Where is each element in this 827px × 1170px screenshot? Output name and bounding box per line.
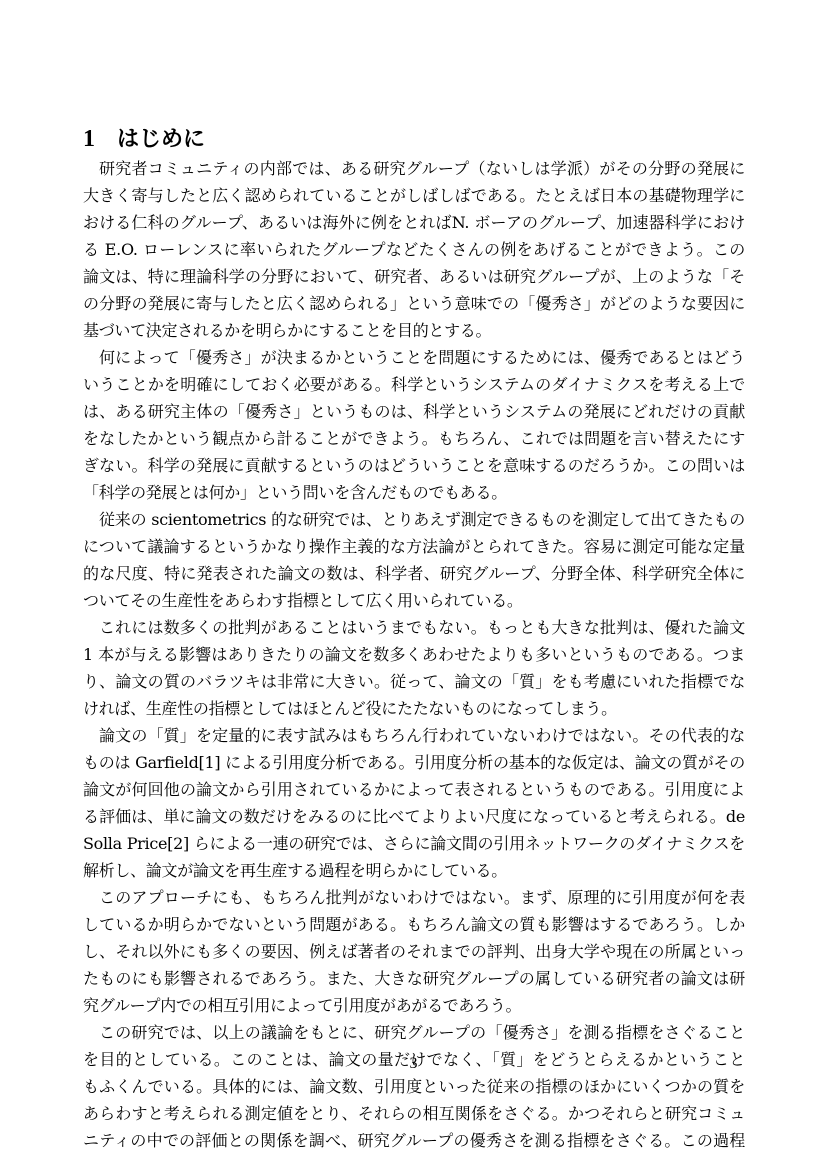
text-line: る E.O. ローレンスに率いられたグループなどたくさんの例をあげることができよ… [83, 236, 745, 263]
text-line: 解析し、論文が論文を再生産する過程を明らかにしている。 [83, 857, 745, 884]
text-line: もふくんでいる。具体的には、論文数、引用度といった従来の指標のほかにいくつかの質… [83, 1073, 745, 1100]
section-number: 1 [83, 126, 95, 153]
text-line: Solla Price[2] らによる一連の研究では、さらに論文間の引用ネットワ… [83, 830, 745, 857]
text-line: このアプローチにも、もちろん批判がないわけではない。まず、原理的に引用度が何を表 [83, 884, 745, 911]
text-line: 研究者コミュニティの内部では、ある研究グループ（ないしは学派）がその分野の発展に [83, 155, 745, 182]
text-line: いうことかを明確にしておく必要がある。科学というシステムのダイナミクスを考える上… [83, 371, 745, 398]
text-line: 究グループ内での相互引用によって引用度があがるであろう。 [83, 992, 745, 1019]
text-line: し、それ以外にも多くの要因、例えば著者のそれまでの評判、出身大学や現在の所属とい… [83, 938, 745, 965]
text-line: ぎない。科学の発展に貢献するというのはどういうことを意味するのだろうか。この問い… [83, 452, 745, 479]
text-line: 論文は、特に理論科学の分野において、研究者、あるいは研究グループが、上のような「… [83, 263, 745, 290]
text-line: たものにも影響されるであろう。また、大きな研究グループの属している研究者の論文は… [83, 965, 745, 992]
text-line: 基づいて決定されるかを明らかにすることを目的とする。 [83, 317, 745, 344]
text-line: ものは Garfield[1] による引用度分析である。引用度分析の基本的な仮定… [83, 749, 745, 776]
text-line: り、論文の質のバラツキは非常に大きい。従って、論文の「質」をも考慮にいれた指標で… [83, 668, 745, 695]
text-line: る評価は、単に論文の数だけをみるのに比べてよりよい尺度になっていると考えられる。… [83, 803, 745, 830]
text-line: 従来の scientometrics 的な研究では、とりあえず測定できるものを測… [83, 506, 745, 533]
text-line: ければ、生産性の指標としてはほとんど役にたたないものになってしまう。 [83, 695, 745, 722]
page-number: 3 [0, 1055, 827, 1073]
section-heading: 1 はじめに [83, 122, 205, 153]
text-line: しているか明らかでないという問題がある。もちろん論文の質も影響はするであろう。し… [83, 911, 745, 938]
text-line: おける仁科のグループ、あるいは海外に例をとればN. ボーアのグループ、加速器科学… [83, 209, 745, 236]
text-line: の分野の発展に寄与したと広く認められる」という意味での「優秀さ」がどのような要因… [83, 290, 745, 317]
text-line: 1 本が与える影響はありきたりの論文を数多くあわせたよりも多いというものである。… [83, 641, 745, 668]
text-line: 論文が何回他の論文から引用されているかによって表されるというものである。引用度に… [83, 776, 745, 803]
section-title: はじめに [117, 122, 205, 153]
text-line: この研究では、以上の議論をもとに、研究グループの「優秀さ」を測る指標をさぐること [83, 1019, 745, 1046]
text-line: 論文の「質」を定量的に表す試みはもちろん行われていないわけではない。その代表的な [83, 722, 745, 749]
text-line: これには数多くの批判があることはいうまでもない。もっとも大きな批判は、優れた論文 [83, 614, 745, 641]
body-text: 研究者コミュニティの内部では、ある研究グループ（ないしは学派）がその分野の発展に… [83, 155, 745, 1154]
text-line: ついてその生産性をあらわす指標として広く用いられている。 [83, 587, 745, 614]
text-line: について議論するというかなり操作主義的な方法論がとられてきた。容易に測定可能な定… [83, 533, 745, 560]
text-line: 大きく寄与したと広く認められていることがしばしばである。たとえば日本の基礎物理学… [83, 182, 745, 209]
text-line: 「科学の発展とは何か」という問いを含んだものでもある。 [83, 479, 745, 506]
text-line: ニティの中での評価との関係を調べ、研究グループの優秀さを測る指標をさぐる。この過… [83, 1127, 745, 1154]
text-line: 何によって「優秀さ」が決まるかということを問題にするためには、優秀であるとはどう [83, 344, 745, 371]
text-line: をなしたかという観点から計ることができよう。もちろん、これでは問題を言い替えたに… [83, 425, 745, 452]
text-line: あらわすと考えられる測定値をとり、それらの相互関係をさぐる。かつそれらと研究コミ… [83, 1100, 745, 1127]
text-line: は、ある研究主体の「優秀さ」というものは、科学というシステムの発展にどれだけの貢… [83, 398, 745, 425]
text-line: 的な尺度、特に発表された論文の数は、科学者、研究グループ、分野全体、科学研究全体… [83, 560, 745, 587]
